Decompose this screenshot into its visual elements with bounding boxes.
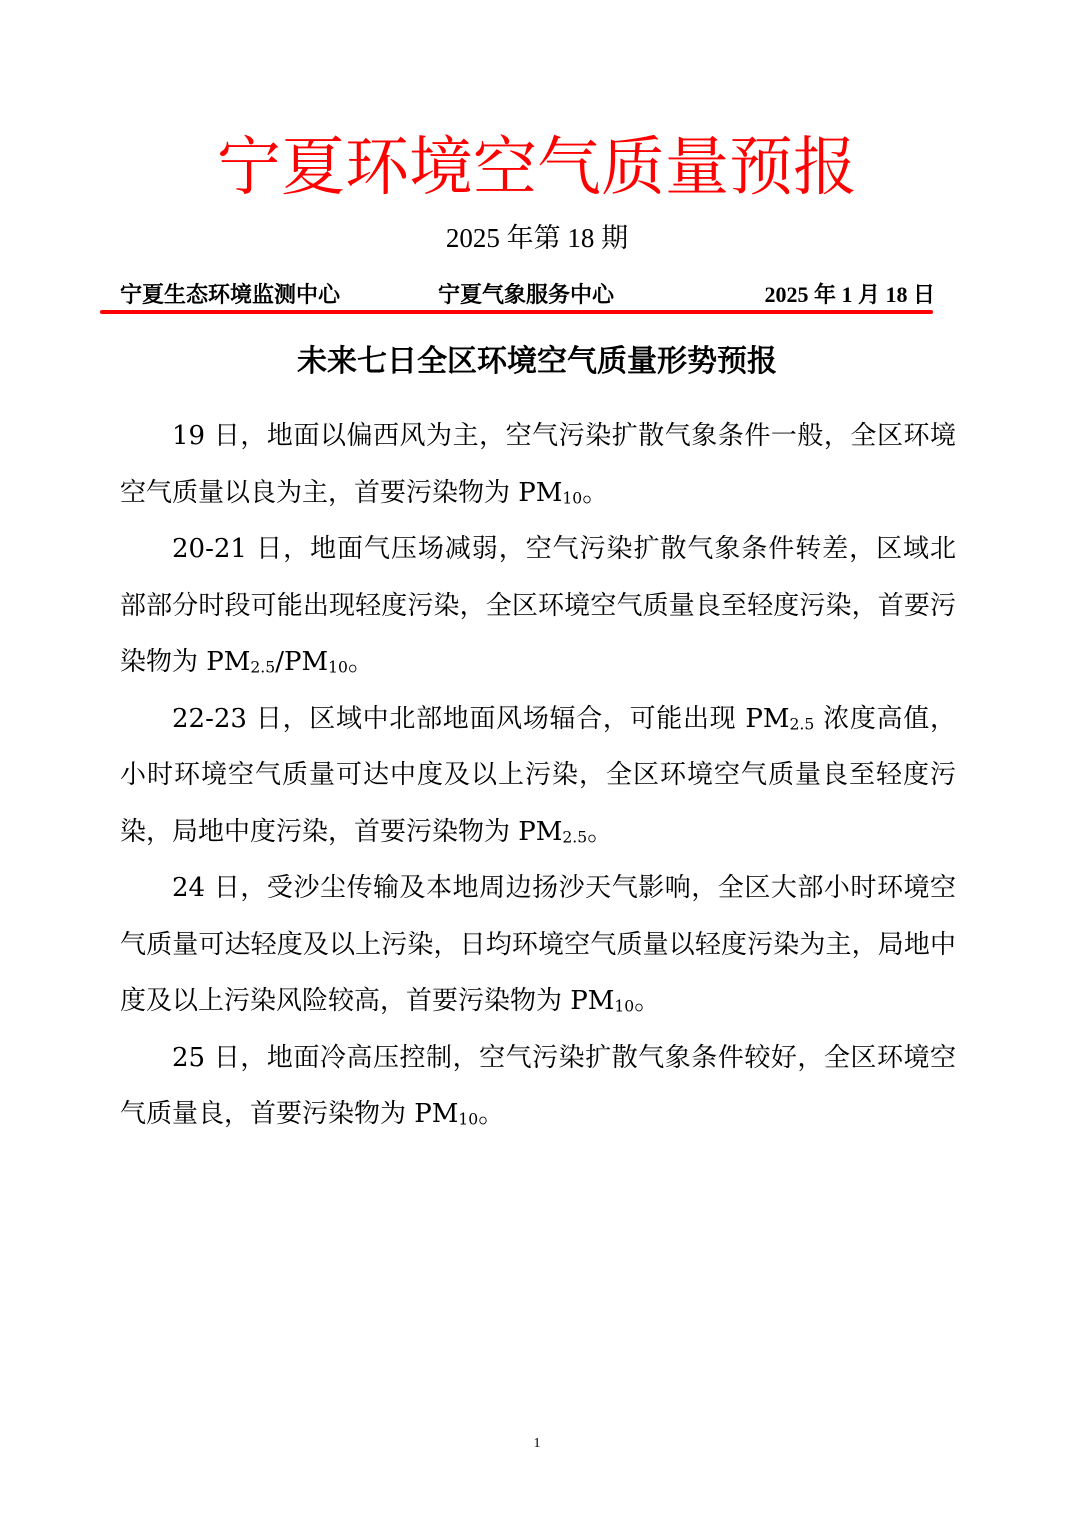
paragraph-text: 25 日，地面冷高压控制，空气污染扩散气象条件较好，全区环境空气质量良，首要污染… <box>120 1043 956 1130</box>
paragraph-text: 。 <box>348 647 374 677</box>
paragraph-day-24: 24 日，受沙尘传输及本地周边扬沙天气影响，全区大部小时环境空气质量可达轻度及以… <box>120 860 956 1030</box>
paragraph-day-25: 25 日，地面冷高压控制，空气污染扩散气象条件较好，全区环境空气质量良，首要污染… <box>120 1030 956 1143</box>
paragraph-text: 22-23 日，区域中北部地面风场辐合，可能出现 PM <box>172 704 789 734</box>
paragraph-day-19: 19 日，地面以偏西风为主，空气污染扩散气象条件一般，全区环境空气质量以良为主，… <box>120 408 956 521</box>
page-number: 1 <box>0 1436 1074 1452</box>
subscript: 2.5 <box>250 658 275 676</box>
subscript: 10 <box>328 658 348 676</box>
info-bar: 宁夏生态环境监测中心 宁夏气象服务中心 2025 年 1 月 18 日 <box>120 278 935 312</box>
paragraph-text: 19 日，地面以偏西风为主，空气污染扩散气象条件一般，全区环境空气质量以良为主，… <box>120 421 956 508</box>
document-title: 未来七日全区环境空气质量形势预报 <box>0 340 1074 384</box>
paragraph-text: 。 <box>634 986 660 1016</box>
red-divider <box>100 310 933 314</box>
masthead-title: 宁夏环境空气质量预报 <box>0 128 1074 208</box>
paragraph-text: 20-21 日，地面气压场减弱，空气污染扩散气象条件转差，区域北部部分时段可能出… <box>120 534 956 677</box>
subscript: 10 <box>614 997 634 1015</box>
issue-number: 2025 年第 18 期 <box>0 218 1074 258</box>
subscript: 10 <box>458 1110 478 1128</box>
subscript: 2.5 <box>562 828 587 846</box>
paragraph-text: 24 日，受沙尘传输及本地周边扬沙天气影响，全区大部小时环境空气质量可达轻度及以… <box>120 873 956 1016</box>
paragraph-day-20-21: 20-21 日，地面气压场减弱，空气污染扩散气象条件转差，区域北部部分时段可能出… <box>120 521 956 691</box>
forecast-body: 19 日，地面以偏西风为主，空气污染扩散气象条件一般，全区环境空气质量以良为主，… <box>120 408 956 1143</box>
publish-date: 2025 年 1 月 18 日 <box>764 278 935 312</box>
organization-weather-center: 宁夏气象服务中心 <box>438 278 614 312</box>
organization-monitoring-center: 宁夏生态环境监测中心 <box>120 278 340 312</box>
paragraph-text: 。 <box>582 478 608 508</box>
paragraph-text: /PM <box>275 647 328 677</box>
subscript: 10 <box>562 489 582 507</box>
paragraph-text: 。 <box>478 1099 504 1129</box>
subscript: 2.5 <box>789 715 814 733</box>
paragraph-day-22-23: 22-23 日，区域中北部地面风场辐合，可能出现 PM2.5 浓度高值，小时环境… <box>120 691 956 861</box>
paragraph-text: 。 <box>587 817 613 847</box>
